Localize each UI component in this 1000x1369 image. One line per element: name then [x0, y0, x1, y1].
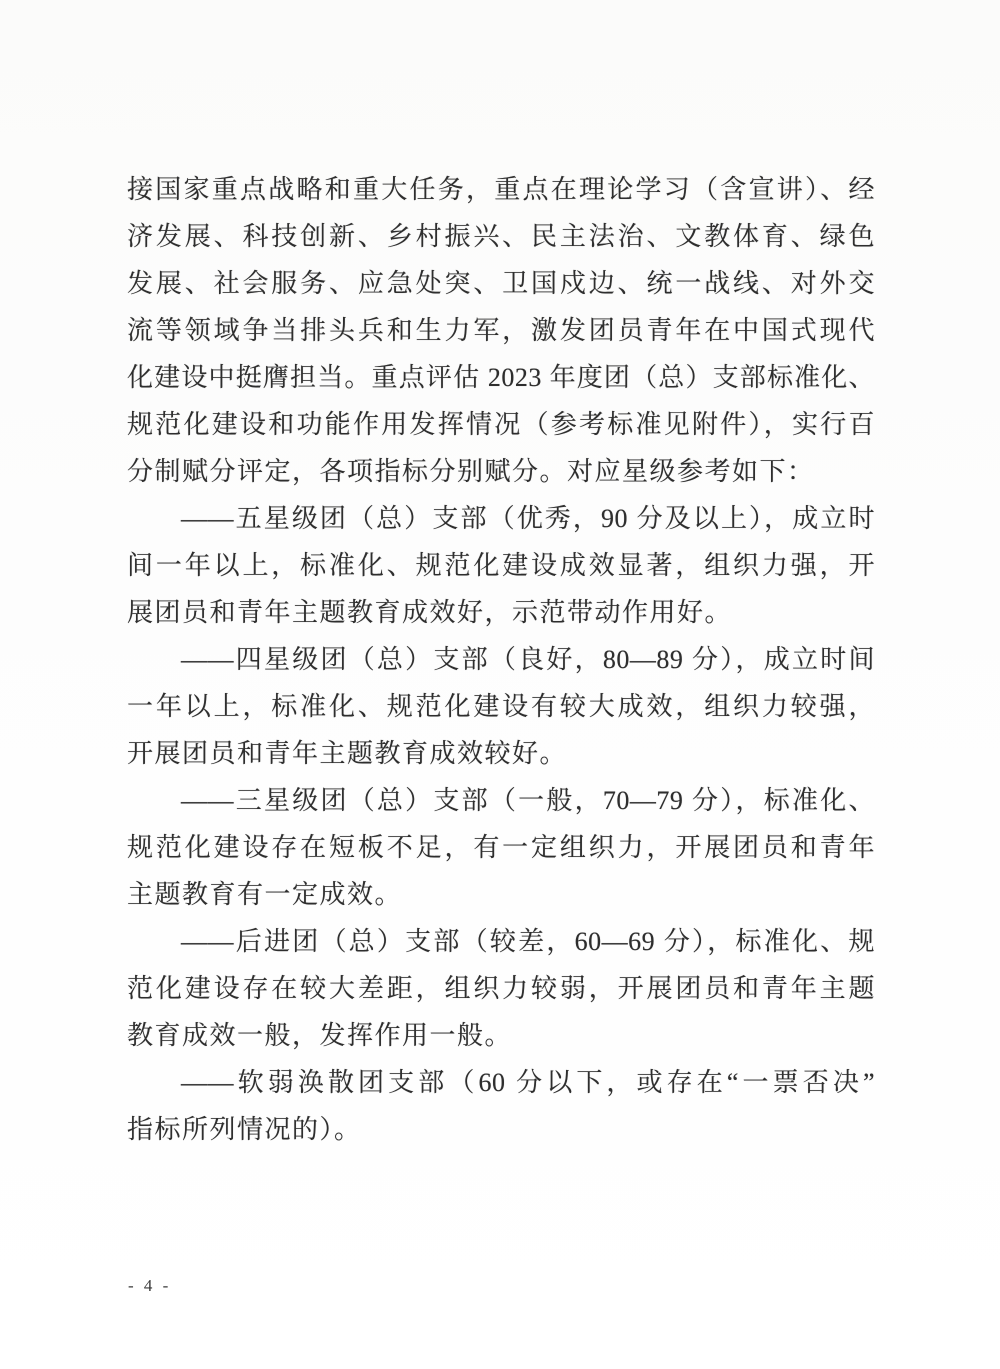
text-line: 教育成效一般，发挥作用一般。	[127, 1012, 875, 1059]
text-line: ——五星级团（总）支部（优秀，90 分及以上），成立时	[127, 495, 875, 542]
document-page: 接国家重点战略和重大任务，重点在理论学习（含宣讲）、经 济发展、科技创新、乡村振…	[0, 0, 1000, 1369]
text-line: 接国家重点战略和重大任务，重点在理论学习（含宣讲）、经	[127, 166, 875, 213]
text-line: ——后进团（总）支部（较差，60—69 分），标准化、规	[127, 918, 875, 965]
text-line: 范化建设存在较大差距，组织力较弱，开展团员和青年主题	[127, 965, 875, 1012]
document-body: 接国家重点战略和重大任务，重点在理论学习（含宣讲）、经 济发展、科技创新、乡村振…	[127, 166, 875, 1153]
text-line: 指标所列情况的）。	[127, 1106, 875, 1153]
text-line: 流等领域争当排头兵和生力军，激发团员青年在中国式现代	[127, 307, 875, 354]
text-line: 开展团员和青年主题教育成效较好。	[127, 730, 875, 777]
text-line: 主题教育有一定成效。	[127, 871, 875, 918]
text-line: 间一年以上，标准化、规范化建设成效显著，组织力强，开	[127, 542, 875, 589]
text-line: 展团员和青年主题教育成效好，示范带动作用好。	[127, 589, 875, 636]
text-line: 分制赋分评定，各项指标分别赋分。对应星级参考如下：	[127, 448, 875, 495]
text-line: 规范化建设和功能作用发挥情况（参考标准见附件），实行百	[127, 401, 875, 448]
text-line: 济发展、科技创新、乡村振兴、民主法治、文教体育、绿色	[127, 213, 875, 260]
text-line: 发展、社会服务、应急处突、卫国戍边、统一战线、对外交	[127, 260, 875, 307]
page-number: - 4 -	[128, 1276, 171, 1296]
text-line: 化建设中挺膺担当。重点评估 2023 年度团（总）支部标准化、	[127, 354, 875, 401]
text-line: ——软弱涣散团支部（60 分以下，或存在“一票否决”	[127, 1059, 875, 1106]
text-line: 一年以上，标准化、规范化建设有较大成效，组织力较强，	[127, 683, 875, 730]
text-line: 规范化建设存在短板不足，有一定组织力，开展团员和青年	[127, 824, 875, 871]
text-line: ——三星级团（总）支部（一般，70—79 分），标准化、	[127, 777, 875, 824]
text-line: ——四星级团（总）支部（良好，80—89 分），成立时间	[127, 636, 875, 683]
